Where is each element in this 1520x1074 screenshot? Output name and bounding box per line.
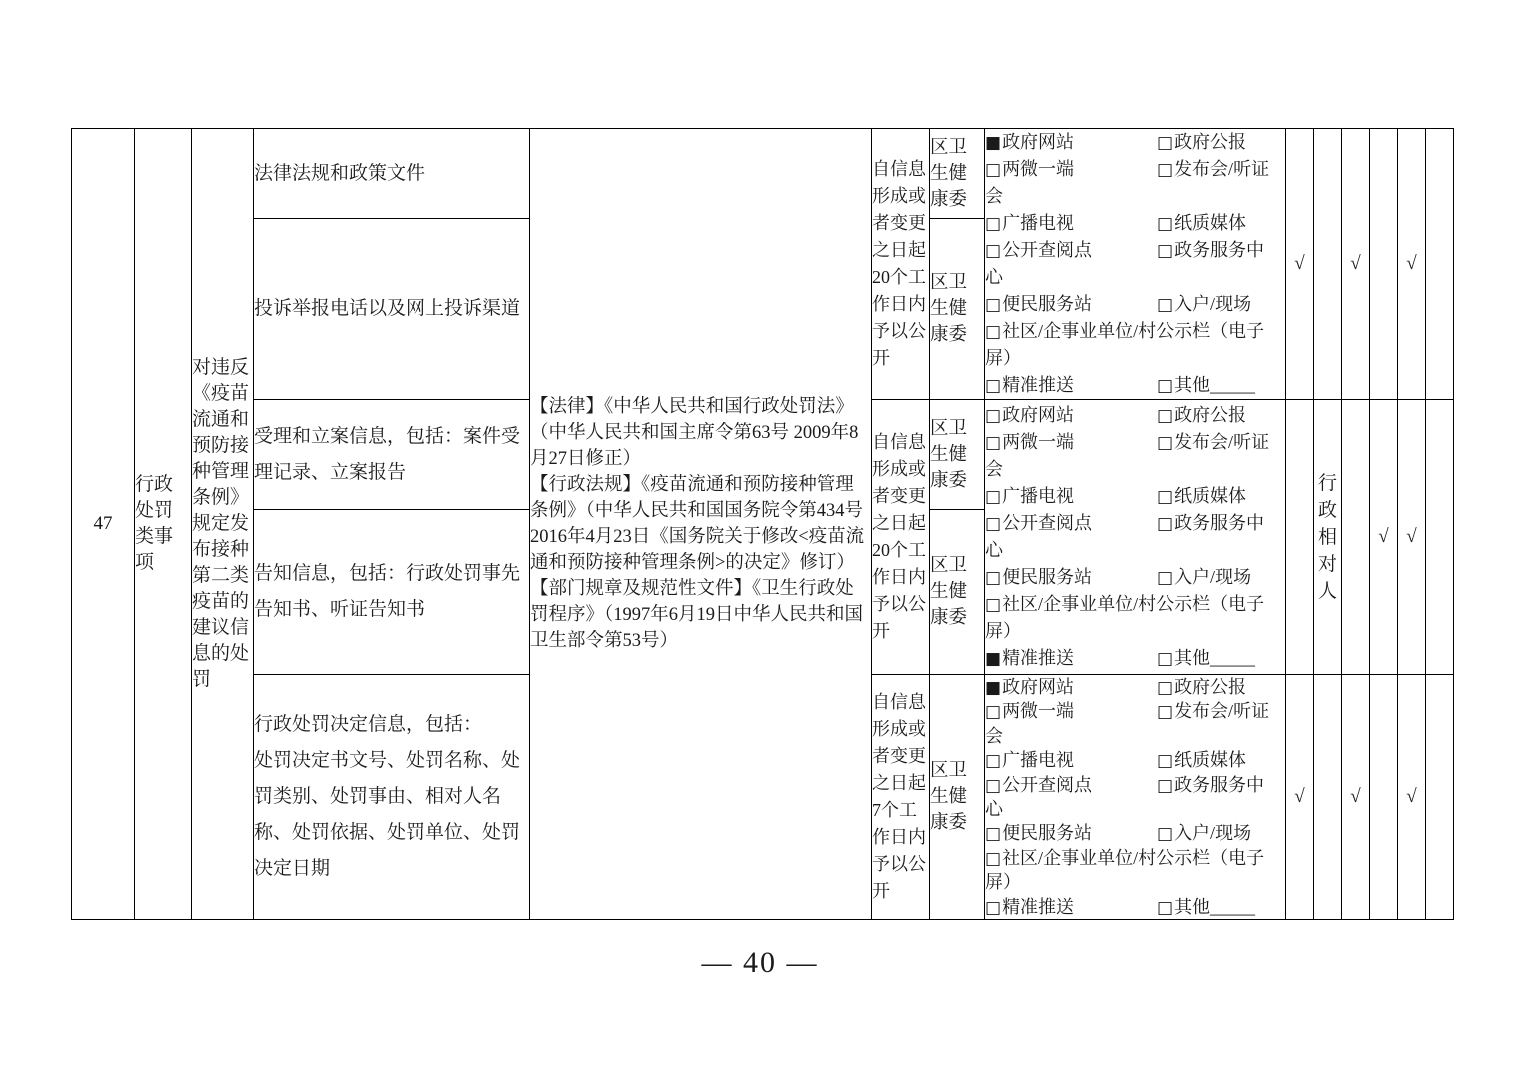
- cell-mark: [1370, 675, 1398, 920]
- channel-option-line: □便民服务站□入户/现场: [985, 821, 1285, 845]
- check-mark-icon: √: [1294, 786, 1304, 807]
- check-mark-icon: √: [1406, 526, 1416, 547]
- cell-mark: √: [1398, 400, 1426, 675]
- channel-option-line: □广播电视□纸质媒体: [985, 483, 1285, 510]
- cell-mark: √: [1286, 129, 1314, 400]
- checkbox-unchecked-icon: □: [985, 514, 1001, 534]
- cell-responsible-1: 区卫生健康委: [930, 129, 985, 219]
- cell-content-4: 告知信息，包括：行政处罚事先告知书、听证告知书: [254, 510, 530, 675]
- cell-responsible-4: 区卫生健康委: [930, 510, 985, 675]
- channel-option: □社区/企事业单位/村公示栏（电子: [985, 321, 1264, 341]
- cell-row-number: 47: [72, 129, 135, 920]
- channel-option-line: □政府网站□政府公报: [985, 402, 1285, 429]
- channel-option-line: 屏）: [985, 618, 1285, 645]
- channel-option-continuation: 会: [985, 186, 1003, 206]
- cell-legal-basis: 【法律】《中华人民共和国行政处罚法》（中华人民共和国主席令第63号 2009年8…: [530, 129, 872, 920]
- check-mark-icon: √: [1406, 786, 1416, 807]
- channel-option: □发布会/听证: [1157, 156, 1269, 184]
- channel-option: □两微一端: [985, 432, 1074, 452]
- channel-option-continuation: 心: [985, 267, 1003, 287]
- channel-option-line: □社区/企事业单位/村公示栏（电子: [985, 846, 1285, 870]
- cell-item-name: 对违反《疫苗流通和预防接种管理条例》规定发布接种第二类疫苗的建议信息的处罚: [192, 129, 254, 920]
- cell-mark: [1314, 675, 1342, 920]
- channel-option-line: ■政府网站□政府公报: [985, 129, 1285, 156]
- checkbox-unchecked-icon: □: [1157, 133, 1173, 153]
- checkbox-unchecked-icon: □: [985, 160, 1001, 180]
- cell-disclosure-time-3: 自信息形成或者变更之日起7个工作日内予以公开: [872, 675, 930, 920]
- cell-content-1: 法律法规和政策文件: [254, 129, 530, 219]
- channel-option-line: 心: [985, 537, 1285, 564]
- checkbox-unchecked-icon: □: [1157, 376, 1173, 396]
- checkbox-unchecked-icon: □: [985, 898, 1001, 918]
- cell-mark: √: [1398, 129, 1426, 400]
- channel-option: □两微一端: [985, 159, 1074, 179]
- cell-channels-2: □政府网站□政府公报□两微一端□发布会/听证会□广播电视□纸质媒体□公开查阅点□…: [985, 400, 1286, 675]
- channel-option: □其他_____: [1157, 645, 1255, 673]
- checkbox-checked-icon: ■: [985, 649, 1001, 669]
- checkbox-unchecked-icon: □: [1157, 649, 1173, 669]
- cell-mark: [1426, 675, 1454, 920]
- cell-responsible-5: 区卫生健康委: [930, 675, 985, 920]
- check-mark-icon: √: [1350, 786, 1360, 807]
- channel-option: □政务服务中: [1157, 773, 1264, 798]
- channel-option-line: 会: [985, 724, 1285, 748]
- channel-option-line: ■政府网站□政府公报: [985, 675, 1285, 699]
- channel-option: □发布会/听证: [1157, 429, 1269, 457]
- channel-option: □政府公报: [1157, 675, 1246, 700]
- checkbox-unchecked-icon: □: [1157, 160, 1173, 180]
- cell-responsible-2: 区卫生健康委: [930, 219, 985, 400]
- channel-option-line: □公开查阅点□政务服务中: [985, 773, 1285, 797]
- channel-option: □发布会/听证: [1157, 699, 1269, 724]
- channel-option-continuation: 会: [985, 726, 1003, 746]
- checkbox-unchecked-icon: □: [1157, 898, 1173, 918]
- channel-option-line: 屏）: [985, 345, 1285, 372]
- checkbox-unchecked-icon: □: [1157, 776, 1173, 796]
- cell-mark: [1314, 129, 1342, 400]
- cell-channels-1: ■政府网站□政府公报□两微一端□发布会/听证会□广播电视□纸质媒体□公开查阅点□…: [985, 129, 1286, 400]
- checkbox-unchecked-icon: □: [1157, 568, 1173, 588]
- channel-option-continuation: 心: [985, 799, 1003, 819]
- channel-option-line: □公开查阅点□政务服务中: [985, 510, 1285, 537]
- channel-option-line: 会: [985, 183, 1285, 210]
- channel-option-line: □两微一端□发布会/听证: [985, 699, 1285, 723]
- channel-option: □广播电视: [985, 486, 1074, 506]
- cell-mark: [1370, 129, 1398, 400]
- checkbox-unchecked-icon: □: [985, 241, 1001, 261]
- channel-option: □政务服务中: [1157, 510, 1264, 538]
- channel-option: □纸质媒体: [1157, 483, 1246, 511]
- channel-option-line: □便民服务站□入户/现场: [985, 564, 1285, 591]
- channel-option: □两微一端: [985, 701, 1074, 721]
- checkbox-unchecked-icon: □: [985, 406, 1001, 426]
- channel-option: □精准推送: [985, 375, 1074, 395]
- channel-option-line: ■精准推送□其他_____: [985, 645, 1285, 672]
- cell-disclosure-time-2: 自信息形成或者变更之日起20个工作日内予以公开: [872, 400, 930, 675]
- checkbox-unchecked-icon: □: [1157, 487, 1173, 507]
- checkbox-unchecked-icon: □: [985, 849, 1001, 869]
- channel-option: □政府网站: [985, 405, 1074, 425]
- channel-option-line: 会: [985, 456, 1285, 483]
- check-mark-icon: √: [1294, 253, 1304, 274]
- checkbox-unchecked-icon: □: [985, 568, 1001, 588]
- cell-disclosure-time-1: 自信息形成或者变更之日起20个工作日内予以公开: [872, 129, 930, 400]
- channel-option: □其他_____: [1157, 372, 1255, 400]
- channel-option: □纸质媒体: [1157, 210, 1246, 238]
- channel-option: □精准推送: [985, 897, 1074, 917]
- channel-option-line: 心: [985, 264, 1285, 291]
- checkbox-unchecked-icon: □: [1157, 214, 1173, 234]
- checkbox-unchecked-icon: □: [985, 214, 1001, 234]
- channel-option-line: □社区/企事业单位/村公示栏（电子: [985, 591, 1285, 618]
- cell-content-2: 投诉举报电话以及网上投诉渠道: [254, 219, 530, 400]
- channel-option-line: □广播电视□纸质媒体: [985, 210, 1285, 237]
- channel-option-line: □精准推送□其他_____: [985, 895, 1285, 919]
- checkbox-unchecked-icon: □: [1157, 241, 1173, 261]
- check-mark-icon: √: [1350, 253, 1360, 274]
- channel-option: □政府公报: [1157, 402, 1246, 430]
- channel-option: □广播电视: [985, 213, 1074, 233]
- checkbox-unchecked-icon: □: [1157, 406, 1173, 426]
- channel-option: □便民服务站: [985, 294, 1092, 314]
- check-mark-icon: √: [1378, 526, 1388, 547]
- channel-option: □入户/现场: [1157, 291, 1251, 319]
- cell-channels-3: ■政府网站□政府公报□两微一端□发布会/听证会□广播电视□纸质媒体□公开查阅点□…: [985, 675, 1286, 920]
- cell-mark: √: [1370, 400, 1398, 675]
- cell-responsible-3: 区卫生健康委: [930, 400, 985, 510]
- checkbox-unchecked-icon: □: [1157, 702, 1173, 722]
- channel-option: □入户/现场: [1157, 821, 1251, 846]
- checkbox-unchecked-icon: □: [985, 433, 1001, 453]
- channel-option-line: □便民服务站□入户/现场: [985, 291, 1285, 318]
- channel-option: ■政府网站: [985, 132, 1074, 152]
- disclosure-table: 47 行政处罚类事项 对违反《疫苗流通和预防接种管理条例》规定发布接种第二类疫苗…: [71, 128, 1454, 920]
- channel-option-line: □精准推送□其他_____: [985, 372, 1285, 399]
- channel-option-line: □两微一端□发布会/听证: [985, 156, 1285, 183]
- cell-category: 行政处罚类事项: [135, 129, 192, 920]
- channel-option: □公开查阅点: [985, 513, 1092, 533]
- cell-content-3: 受理和立案信息，包括：案件受理记录、立案报告: [254, 400, 530, 510]
- channel-option-line: 屏）: [985, 870, 1285, 894]
- cell-mark: √: [1342, 675, 1370, 920]
- checkbox-unchecked-icon: □: [1157, 514, 1173, 534]
- channel-option-continuation: 心: [985, 540, 1003, 560]
- cell-mark: [1426, 129, 1454, 400]
- page-number: — 40 —: [0, 946, 1520, 980]
- checkbox-checked-icon: ■: [985, 133, 1001, 153]
- channel-option: □便民服务站: [985, 567, 1092, 587]
- channel-option: □政务服务中: [1157, 237, 1264, 265]
- cell-mark: √: [1342, 129, 1370, 400]
- cell-mark: √: [1286, 675, 1314, 920]
- cell-mark: [1342, 400, 1370, 675]
- checkbox-unchecked-icon: □: [985, 376, 1001, 396]
- check-mark-icon: √: [1406, 253, 1416, 274]
- checkbox-unchecked-icon: □: [985, 595, 1001, 615]
- checkbox-checked-icon: ■: [985, 678, 1001, 698]
- channel-option: □便民服务站: [985, 823, 1092, 843]
- channel-option-line: □两微一端□发布会/听证: [985, 429, 1285, 456]
- checkbox-unchecked-icon: □: [1157, 751, 1173, 771]
- channel-option: □广播电视: [985, 750, 1074, 770]
- cell-content-5: 行政处罚决定信息，包括： 处罚决定书文号、处罚名称、处罚类别、处罚事由、相对人名…: [254, 675, 530, 920]
- checkbox-unchecked-icon: □: [985, 322, 1001, 342]
- checkbox-unchecked-icon: □: [985, 824, 1001, 844]
- channel-option: □纸质媒体: [1157, 748, 1246, 773]
- channel-option-line: □社区/企事业单位/村公示栏（电子: [985, 318, 1285, 345]
- channel-option-continuation: 屏）: [985, 621, 1021, 641]
- channel-option: ■精准推送: [985, 648, 1074, 668]
- checkbox-unchecked-icon: □: [985, 776, 1001, 796]
- channel-option: □其他_____: [1157, 895, 1255, 920]
- channel-option: □政府公报: [1157, 129, 1246, 157]
- checkbox-unchecked-icon: □: [1157, 433, 1173, 453]
- checkbox-unchecked-icon: □: [985, 702, 1001, 722]
- channel-option-line: □公开查阅点□政务服务中: [985, 237, 1285, 264]
- channel-option: □入户/现场: [1157, 564, 1251, 592]
- checkbox-unchecked-icon: □: [1157, 295, 1173, 315]
- channel-option: □公开查阅点: [985, 775, 1092, 795]
- cell-mark: √: [1398, 675, 1426, 920]
- cell-mark: [1286, 400, 1314, 675]
- cell-mark: [1426, 400, 1454, 675]
- checkbox-unchecked-icon: □: [985, 295, 1001, 315]
- administrative-counterpart-label: 行政相对人: [1318, 470, 1337, 605]
- channel-option: ■政府网站: [985, 677, 1074, 697]
- channel-option-line: 心: [985, 797, 1285, 821]
- channel-option: □公开查阅点: [985, 240, 1092, 260]
- channel-option: □社区/企事业单位/村公示栏（电子: [985, 848, 1264, 868]
- cell-mark: 行政相对人: [1314, 400, 1342, 675]
- channel-option-continuation: 屏）: [985, 872, 1021, 892]
- channel-option-continuation: 屏）: [985, 348, 1021, 368]
- checkbox-unchecked-icon: □: [1157, 824, 1173, 844]
- checkbox-unchecked-icon: □: [985, 487, 1001, 507]
- channel-option: □社区/企事业单位/村公示栏（电子: [985, 594, 1264, 614]
- checkbox-unchecked-icon: □: [985, 751, 1001, 771]
- channel-option-continuation: 会: [985, 459, 1003, 479]
- checkbox-unchecked-icon: □: [1157, 678, 1173, 698]
- channel-option-line: □广播电视□纸质媒体: [985, 748, 1285, 772]
